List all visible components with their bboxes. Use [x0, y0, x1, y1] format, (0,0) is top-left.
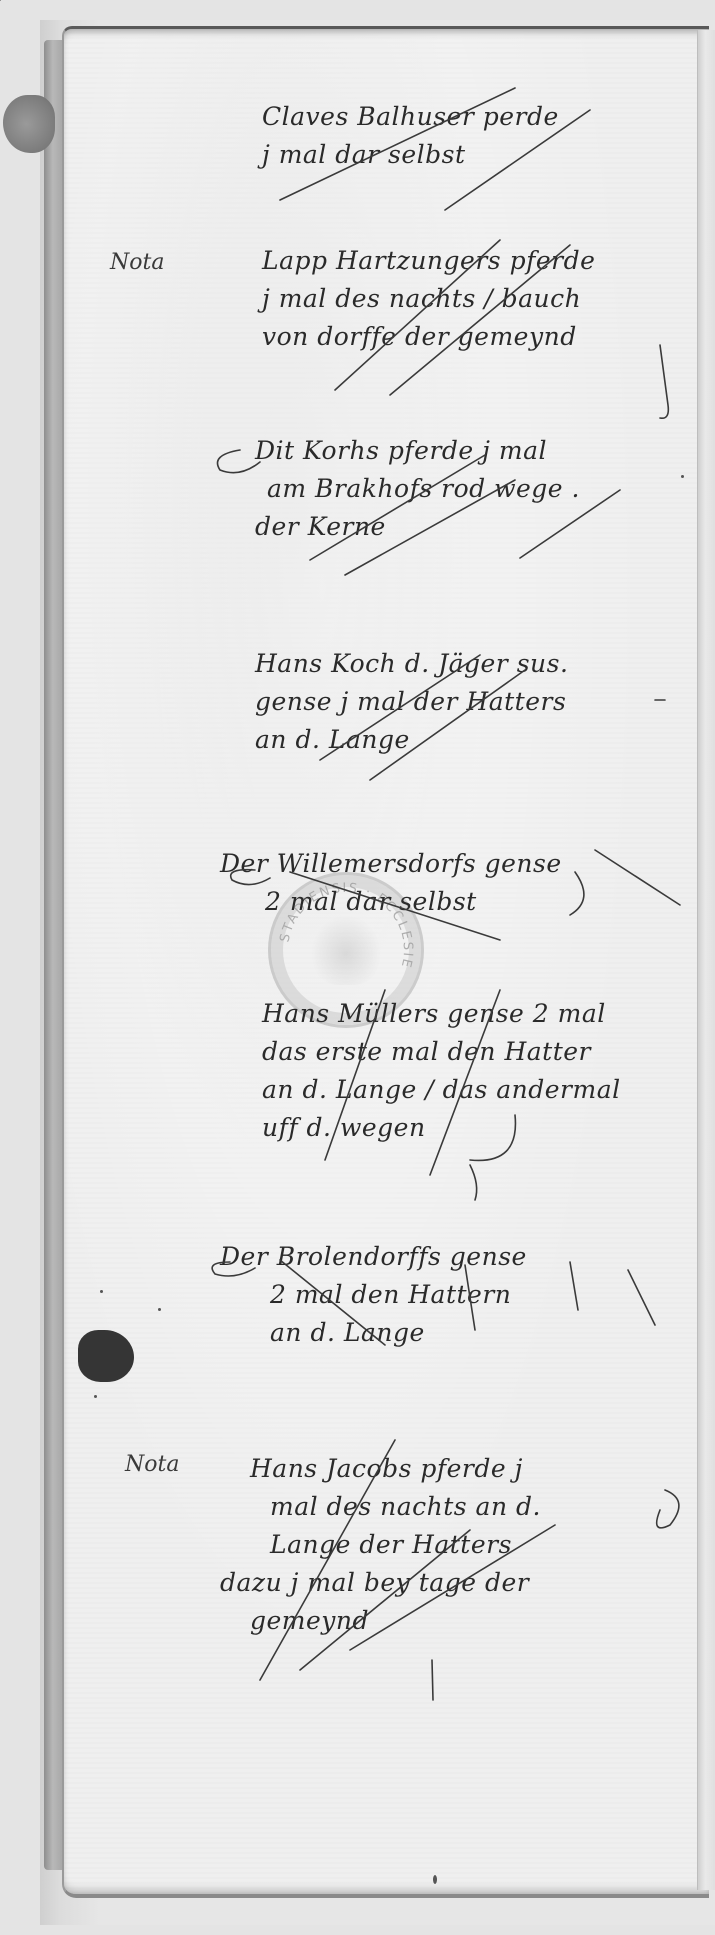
entry-line: Der Brolendorffs gense — [220, 1238, 527, 1276]
ledger-entry: Lapp Hartzungers pferde j mal des nachts… — [262, 242, 595, 356]
entry-line: Hans Koch d. Jäger sus. — [255, 645, 568, 683]
entry-line: am Brakhofs rod wege . — [255, 470, 580, 508]
adjacent-page-edge — [697, 30, 715, 1890]
entry-line: gemeynd — [250, 1602, 541, 1640]
entry-line: Lange der Hatters — [250, 1526, 541, 1564]
ledger-entry: Claves Balhuser perde j mal dar selbst — [262, 98, 559, 174]
margin-note-nota: Nota — [110, 250, 164, 275]
ledger-entry: Hans Müllers gense 2 mal das erste mal d… — [262, 995, 621, 1147]
entry-line: j mal des nachts / bauch — [262, 280, 595, 318]
ink-speck — [100, 1290, 103, 1293]
ink-speck — [158, 1308, 161, 1311]
entry-line: 2 mal den Hattern — [220, 1276, 527, 1314]
entry-line: der Kerne — [255, 508, 580, 546]
ink-speck — [433, 1875, 437, 1884]
entry-line: uff d. wegen — [262, 1109, 621, 1147]
ink-speck — [94, 1395, 97, 1398]
ledger-entry: Hans Jacobs pferde j mal des nachts an d… — [250, 1450, 541, 1640]
entry-line: an d. Lange — [255, 721, 568, 759]
ink-blot — [78, 1330, 134, 1382]
ledger-entry: Der Brolendorffs gense 2 mal den Hattern… — [220, 1238, 527, 1352]
ink-speck — [681, 475, 684, 478]
entry-line: 2 mal dar selbst — [220, 883, 562, 921]
entry-line: von dorffe der gemeynd — [262, 318, 595, 356]
entry-line: gense j mal der Hatters — [255, 683, 568, 721]
ledger-entry: Der Willemersdorfs gense 2 mal dar selbs… — [220, 845, 562, 921]
binding-tab — [3, 95, 55, 153]
entry-line: das erste mal den Hatter — [262, 1033, 621, 1071]
entry-line: j mal dar selbst — [262, 136, 559, 174]
entry-line: Hans Jacobs pferde j — [250, 1450, 541, 1488]
entry-line: Claves Balhuser perde — [262, 98, 559, 136]
entry-line: dazu j mal bey tage der — [220, 1564, 541, 1602]
entry-line: an d. Lange — [220, 1314, 527, 1352]
ledger-entry: Dit Korhs pferde j mal am Brakhofs rod w… — [255, 432, 580, 546]
entry-line: Hans Müllers gense 2 mal — [262, 995, 621, 1033]
entry-line: Lapp Hartzungers pferde — [262, 242, 595, 280]
entry-line: Dit Korhs pferde j mal — [255, 432, 580, 470]
margin-note-nota: Nota — [125, 1452, 179, 1477]
entry-line: mal des nachts an d. — [250, 1488, 541, 1526]
entry-line: Der Willemersdorfs gense — [220, 845, 562, 883]
entry-line: an d. Lange / das andermal — [262, 1071, 621, 1109]
ledger-entry: Hans Koch d. Jäger sus. gense j mal der … — [255, 645, 568, 759]
